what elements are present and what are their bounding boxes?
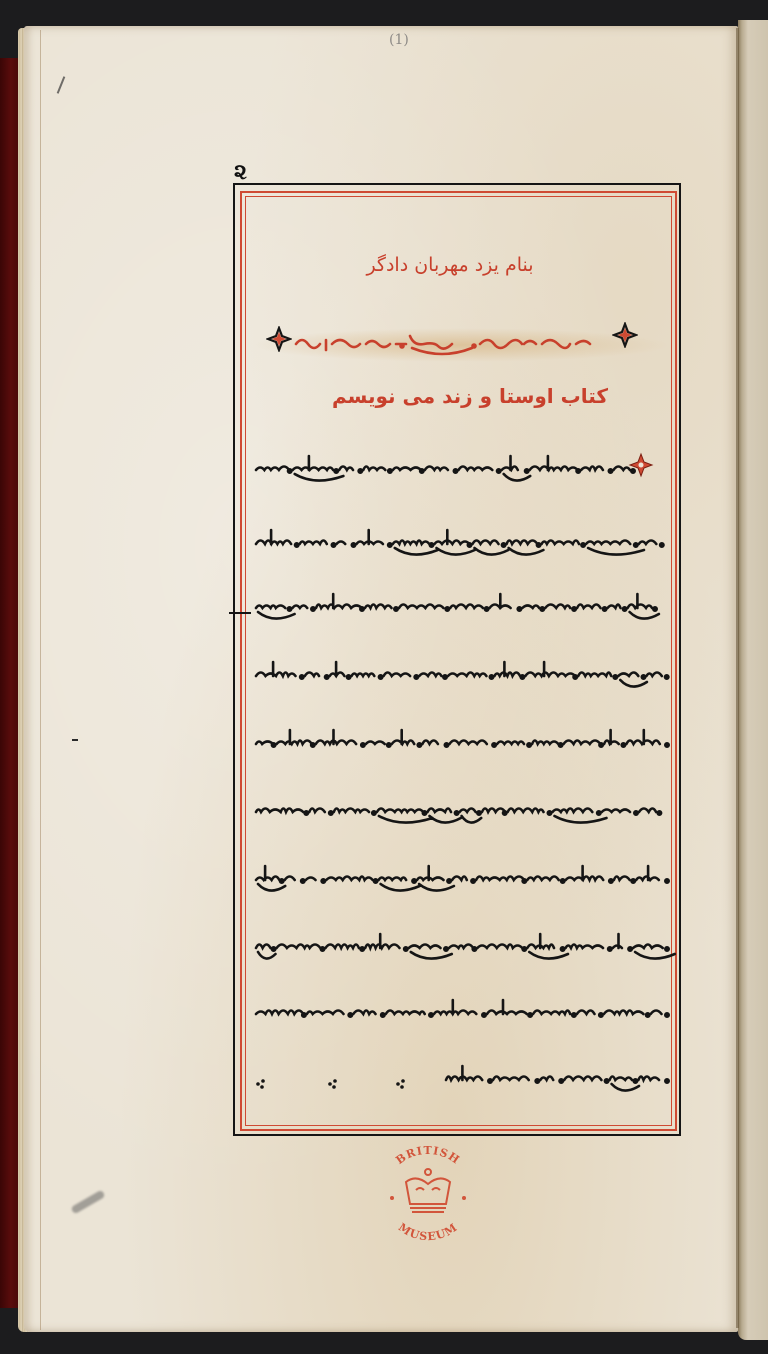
stamp-bottom-text: MUSEUM [396, 1221, 460, 1242]
margin-stroke [229, 612, 251, 614]
avestan-rubric-text [292, 322, 602, 366]
avestan-line [250, 856, 670, 900]
facing-page-edge [738, 20, 768, 1340]
page-number: ૨ [234, 160, 247, 185]
rosette-right-icon [612, 322, 638, 348]
british-museum-stamp: BRITISH MUSEUM [376, 1146, 480, 1242]
avestan-line [250, 788, 670, 832]
avestan-line [250, 446, 670, 490]
pencil-folio-number: (1) [389, 32, 409, 48]
avestan-line [250, 584, 670, 628]
avestan-line [250, 924, 670, 968]
ink-dot [72, 739, 78, 741]
invocation-heading: بنام یزد مهربان دادگر [300, 254, 600, 276]
stamp-top-text: BRITISH [393, 1146, 462, 1167]
crown-icon [406, 1169, 450, 1212]
book-title-heading: کتاب اوستا و زند می نویسم [320, 384, 620, 408]
rosette-icon [628, 452, 654, 478]
avestan-line [250, 720, 670, 764]
avestan-line [250, 1056, 670, 1100]
page-edge-line [40, 30, 41, 1330]
avestan-line [250, 520, 670, 564]
avestan-line [250, 990, 670, 1034]
gutter [736, 28, 739, 1328]
avestan-line [250, 652, 670, 696]
rosette-left-icon [266, 326, 292, 352]
